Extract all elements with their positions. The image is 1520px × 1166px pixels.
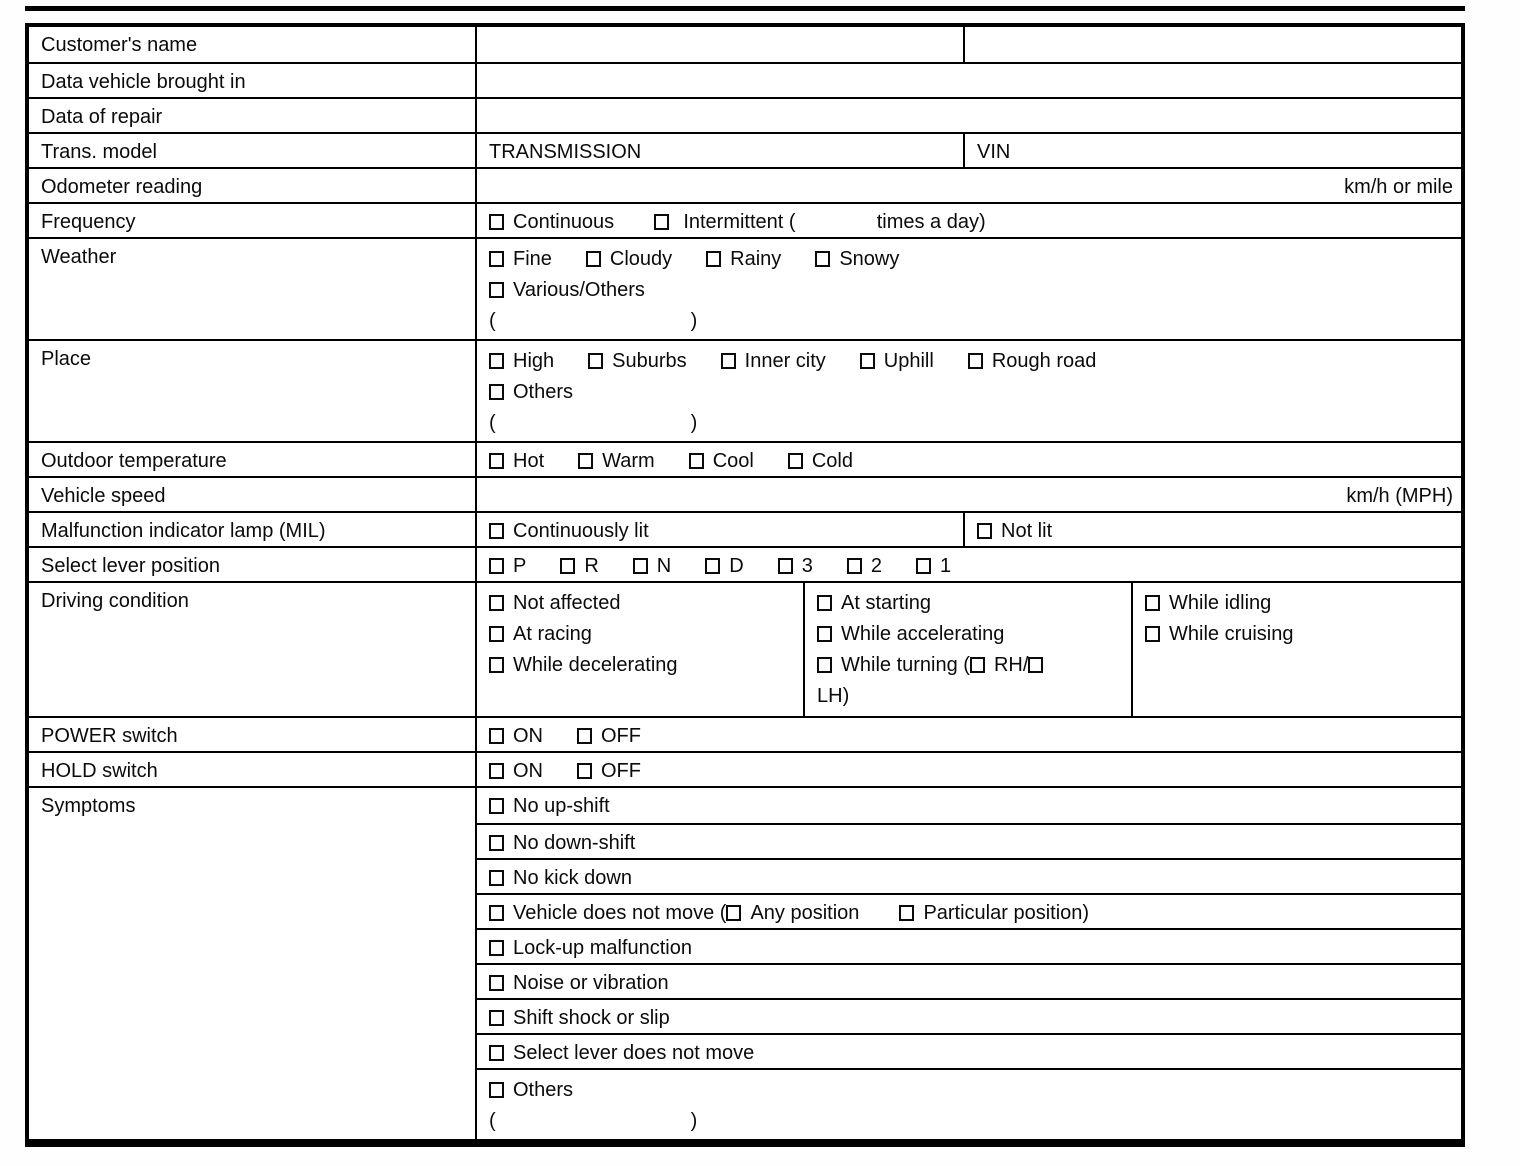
row-date-of-repair: Data of repair (29, 97, 1461, 132)
checkbox-option[interactable]: OFF (577, 725, 641, 747)
checkbox-icon[interactable] (489, 595, 504, 611)
customer-name-label: Customer's name (29, 27, 477, 62)
checkbox-label: Continuously lit (513, 520, 649, 542)
outdoor-temperature-options: HotWarmCoolCold (477, 443, 1461, 476)
checkbox-label: Various/Others (513, 279, 645, 301)
checkbox-option[interactable]: While cruising (1145, 619, 1453, 650)
checkbox-icon[interactable] (817, 657, 832, 673)
checkbox-icon[interactable] (654, 214, 669, 230)
checkbox-label: Continuous (513, 211, 614, 233)
checkbox-label: Cold (812, 450, 853, 472)
checkbox-icon[interactable] (726, 905, 741, 921)
symptom-vehicle-does-not-move: Vehicle does not move (Any positionParti… (477, 893, 1461, 928)
place-options-line1: HighSuburbsInner cityUphillRough road (489, 346, 1451, 377)
frequency-options: Continuous Intermittent ( times a day) (477, 204, 1461, 237)
page-top-rule (25, 6, 1465, 11)
hold-switch-options: ONOFF (477, 753, 1461, 786)
row-date-brought-in: Data vehicle brought in (29, 62, 1461, 97)
power-switch-label: POWER switch (29, 718, 477, 751)
driving-condition-col3: While idlingWhile cruising (1133, 583, 1461, 716)
row-trans-model: Trans. model TRANSMISSION VIN (29, 132, 1461, 167)
date-of-repair-field[interactable] (477, 99, 1461, 132)
checkbox-icon[interactable] (489, 835, 504, 851)
checkbox-icon[interactable] (847, 558, 862, 574)
checkbox-label: Rough road (992, 350, 1097, 372)
checkbox-label: Others (513, 381, 573, 403)
checkbox-label: At racing (513, 623, 592, 645)
checkbox-icon[interactable] (588, 353, 603, 369)
checkbox-label: Any position (750, 902, 859, 924)
driving-condition-col2: At startingWhile accelerating While turn… (805, 583, 1133, 716)
checkbox-icon[interactable] (1145, 595, 1160, 611)
symptom-others-option: Others (489, 1075, 1451, 1106)
checkbox-option[interactable]: Rough road (968, 350, 1097, 372)
row-customer-name: Customer's name (29, 27, 1461, 62)
checkbox-label: Warm (602, 450, 655, 472)
checkbox-option[interactable]: Noise or vibration (489, 972, 669, 994)
weather-options-line1: FineCloudyRainySnowy (489, 244, 1451, 275)
checkbox-icon[interactable] (815, 251, 830, 267)
checkbox-label: Others (513, 1079, 573, 1101)
checkbox-option[interactable]: Shift shock or slip (489, 1007, 670, 1029)
checkbox-option[interactable]: Fine (489, 248, 552, 270)
checkbox-option[interactable]: Select lever does not move (489, 1042, 754, 1064)
checkbox-icon[interactable] (489, 870, 504, 886)
checkbox-icon[interactable] (489, 453, 504, 469)
checkbox-option[interactable]: Not affected (489, 588, 795, 619)
checkbox-icon[interactable] (1028, 657, 1043, 673)
checkbox-label: Cool (713, 450, 754, 472)
weather-write-in[interactable]: () (489, 306, 1451, 337)
checkbox-icon[interactable] (489, 763, 504, 779)
paren-close: ) (691, 1110, 698, 1132)
checkbox-icon[interactable] (489, 626, 504, 642)
checkbox-option[interactable]: No kick down (489, 867, 632, 889)
frequency-label: Frequency (29, 204, 477, 237)
checkbox-icon[interactable] (489, 353, 504, 369)
checkbox-option[interactable]: N (633, 555, 671, 577)
row-symptoms: Symptoms No up-shift No down-shift No ki… (29, 786, 1461, 1139)
row-vehicle-speed: Vehicle speed km/h (MPH) (29, 476, 1461, 511)
checkbox-option-vehicle-does-not-move[interactable]: Vehicle does not move (Any positionParti… (489, 902, 1089, 924)
checkbox-label: Fine (513, 248, 552, 270)
checkbox-label: Inner city (745, 350, 826, 372)
checkbox-option[interactable]: Lock-up malfunction (489, 937, 692, 959)
checkbox-icon[interactable] (689, 453, 704, 469)
checkbox-icon[interactable] (977, 523, 992, 539)
checkbox-option[interactable]: No up-shift (489, 795, 610, 817)
checkbox-label: Rainy (730, 248, 781, 270)
row-driving-condition: Driving condition Not affectedAt racingW… (29, 581, 1461, 716)
row-weather: Weather FineCloudyRainySnowy Various/Oth… (29, 237, 1461, 339)
checkbox-label: Particular position) (923, 902, 1089, 924)
checkbox-icon[interactable] (489, 523, 504, 539)
checkbox-label: Noise or vibration (513, 972, 669, 994)
mil-not-lit: Not lit (965, 513, 1461, 546)
driving-condition-col1: Not affectedAt racingWhile decelerating (477, 583, 805, 716)
driving-condition-label: Driving condition (29, 583, 477, 716)
checkbox-label: Intermittent ( (683, 211, 795, 233)
checkbox-option-while-turning[interactable]: While turning (RH/ LH) (817, 650, 1123, 712)
checkbox-icon[interactable] (968, 353, 983, 369)
checkbox-option[interactable]: Not lit (977, 520, 1052, 542)
weather-label: Weather (29, 239, 477, 339)
checkbox-option[interactable]: While decelerating (489, 650, 795, 681)
checkbox-label: Cloudy (610, 248, 672, 270)
diagnostic-worksheet-table: Customer's name Data vehicle brought in … (25, 23, 1465, 1147)
checkbox-icon[interactable] (706, 251, 721, 267)
symptom-lever-does-not-move: Select lever does not move (477, 1033, 1461, 1068)
driving-condition-grid: Not affectedAt racingWhile decelerating … (477, 583, 1461, 716)
checkbox-icon[interactable] (860, 353, 875, 369)
hold-switch-label: HOLD switch (29, 753, 477, 786)
symptom-lockup-malfunction: Lock-up malfunction (477, 928, 1461, 963)
odometer-label: Odometer reading (29, 169, 477, 202)
weather-options-line2: Various/Others (489, 275, 1451, 306)
vehicle-speed-label: Vehicle speed (29, 478, 477, 511)
symptom-shift-shock-or-slip: Shift shock or slip (477, 998, 1461, 1033)
checkbox-option[interactable]: At racing (489, 619, 795, 650)
customer-name-field-right[interactable] (965, 27, 1461, 62)
select-lever-options: PRND321 (477, 548, 1461, 581)
checkbox-label: While accelerating (841, 623, 1004, 645)
checkbox-option[interactable]: 2 (847, 555, 882, 577)
select-lever-label: Select lever position (29, 548, 477, 581)
checkbox-icon[interactable] (916, 558, 931, 574)
paren-close: ) (691, 412, 698, 434)
checkbox-icon[interactable] (489, 975, 504, 991)
checkbox-option[interactable]: P (489, 555, 526, 577)
checkbox-label: Vehicle does not move ( (513, 902, 726, 924)
checkbox-icon[interactable] (577, 728, 592, 744)
checkbox-icon[interactable] (489, 657, 504, 673)
checkbox-icon[interactable] (578, 453, 593, 469)
checkbox-label: OFF (601, 760, 641, 782)
checkbox-option[interactable]: Inner city (721, 350, 826, 372)
checkbox-option[interactable]: Warm (578, 450, 655, 472)
checkbox-icon[interactable] (817, 595, 832, 611)
checkbox-icon[interactable] (721, 353, 736, 369)
checkbox-option[interactable]: No down-shift (489, 832, 635, 854)
symptom-others-write-in[interactable]: () (489, 1106, 1451, 1137)
checkbox-label: While turning ( (841, 654, 970, 676)
checkbox-label: At starting (841, 592, 931, 614)
checkbox-option[interactable]: Cold (788, 450, 853, 472)
vin-field[interactable]: VIN (965, 134, 1461, 167)
power-switch-options: ONOFF (477, 718, 1461, 751)
place-options-line2: Others (489, 377, 1451, 408)
checkbox-option[interactable]: At starting (817, 588, 1123, 619)
customer-name-field[interactable] (477, 27, 965, 62)
checkbox-label: Hot (513, 450, 544, 472)
checkbox-label: 1 (940, 555, 951, 577)
checkbox-label: Snowy (839, 248, 899, 270)
checkbox-icon[interactable] (489, 214, 504, 230)
place-options: HighSuburbsInner cityUphillRough road Ot… (477, 341, 1461, 441)
checkbox-label: Lock-up malfunction (513, 937, 692, 959)
checkbox-icon[interactable] (970, 657, 985, 673)
checkbox-label: High (513, 350, 554, 372)
checkbox-option[interactable]: ON (489, 725, 543, 747)
checkbox-option[interactable]: D (705, 555, 743, 577)
transmission-field[interactable]: TRANSMISSION (477, 134, 965, 167)
checkbox-option[interactable]: Suburbs (588, 350, 687, 372)
checkbox-option[interactable]: OFF (577, 760, 641, 782)
checkbox-label: ON (513, 760, 543, 782)
checkbox-icon[interactable] (489, 384, 504, 400)
symptom-others: Others () (477, 1068, 1461, 1139)
checkbox-icon[interactable] (489, 251, 504, 267)
checkbox-option[interactable]: Snowy (815, 248, 899, 270)
mil-label: Malfunction indicator lamp (MIL) (29, 513, 477, 546)
paren-open: ( (489, 1110, 496, 1132)
row-place: Place HighSuburbsInner cityUphillRough r… (29, 339, 1461, 441)
checkbox-icon[interactable] (560, 558, 575, 574)
row-hold-switch: HOLD switch ONOFF (29, 751, 1461, 786)
checkbox-option[interactable]: Others (489, 1079, 573, 1101)
odometer-unit: km/h or mile (477, 169, 1461, 202)
checkbox-option[interactable]: While accelerating (817, 619, 1123, 650)
checkbox-label: Select lever does not move (513, 1042, 754, 1064)
date-of-repair-label: Data of repair (29, 99, 477, 132)
checkbox-label: P (513, 555, 526, 577)
place-label: Place (29, 341, 477, 441)
row-select-lever: Select lever position PRND321 (29, 546, 1461, 581)
checkbox-option[interactable]: Continuously lit (489, 520, 649, 542)
checkbox-icon[interactable] (489, 905, 504, 921)
place-write-in[interactable]: () (489, 408, 1451, 439)
row-mil: Malfunction indicator lamp (MIL) Continu… (29, 511, 1461, 546)
outdoor-temperature-label: Outdoor temperature (29, 443, 477, 476)
checkbox-icon[interactable] (489, 1082, 504, 1098)
checkbox-label: Shift shock or slip (513, 1007, 670, 1029)
checkbox-icon[interactable] (489, 940, 504, 956)
checkbox-option[interactable]: ON (489, 760, 543, 782)
checkbox-icon[interactable] (1145, 626, 1160, 642)
checkbox-icon[interactable] (489, 728, 504, 744)
checkbox-icon[interactable] (899, 905, 914, 921)
checkbox-option[interactable]: 1 (916, 555, 951, 577)
checkbox-label-lh: LH) (817, 681, 1123, 712)
checkbox-label: 3 (802, 555, 813, 577)
row-odometer: Odometer reading km/h or mile (29, 167, 1461, 202)
checkbox-icon[interactable] (633, 558, 648, 574)
checkbox-icon[interactable] (489, 1010, 504, 1026)
row-power-switch: POWER switch ONOFF (29, 716, 1461, 751)
checkbox-label: While decelerating (513, 654, 678, 676)
checkbox-label: No up-shift (513, 795, 610, 817)
checkbox-label: Suburbs (612, 350, 687, 372)
checkbox-icon[interactable] (778, 558, 793, 574)
checkbox-label: No kick down (513, 867, 632, 889)
checkbox-option[interactable]: 3 (778, 555, 813, 577)
mil-continuously-lit: Continuously lit (477, 513, 965, 546)
weather-options: FineCloudyRainySnowy Various/Others () (477, 239, 1461, 339)
symptom-noise-or-vibration: Noise or vibration (477, 963, 1461, 998)
checkbox-option[interactable]: R (560, 555, 598, 577)
checkbox-option[interactable]: Others (489, 381, 573, 403)
symptoms-label: Symptoms (29, 788, 477, 1139)
symptom-no-upshift: No up-shift (477, 788, 1461, 823)
checkbox-icon[interactable] (705, 558, 720, 574)
trans-model-label: Trans. model (29, 134, 477, 167)
checkbox-label: No down-shift (513, 832, 635, 854)
paren-close: ) (691, 310, 698, 332)
symptom-no-kickdown: No kick down (477, 858, 1461, 893)
checkbox-label: ON (513, 725, 543, 747)
checkbox-option[interactable]: Various/Others (489, 279, 645, 301)
checkbox-icon[interactable] (586, 251, 601, 267)
checkbox-label: While cruising (1169, 623, 1293, 645)
checkbox-label: D (729, 555, 743, 577)
checkbox-icon[interactable] (489, 282, 504, 298)
checkbox-option[interactable]: Rainy (706, 248, 781, 270)
checkbox-label: RH/ (994, 654, 1028, 676)
checkbox-icon[interactable] (489, 798, 504, 814)
checkbox-label: times a day) (877, 211, 986, 233)
checkbox-icon[interactable] (788, 453, 803, 469)
checkbox-label: Uphill (884, 350, 934, 372)
checkbox-option[interactable]: Hot (489, 450, 544, 472)
checkbox-label: R (584, 555, 598, 577)
checkbox-option-intermittent[interactable]: Intermittent ( times a day) (654, 211, 986, 233)
checkbox-option[interactable]: Continuous (489, 211, 614, 233)
checkbox-label: OFF (601, 725, 641, 747)
checkbox-label: 2 (871, 555, 882, 577)
checkbox-label: While idling (1169, 592, 1271, 614)
checkbox-option[interactable]: Cloudy (586, 248, 672, 270)
row-outdoor-temperature: Outdoor temperature HotWarmCoolCold (29, 441, 1461, 476)
symptoms-list: No up-shift No down-shift No kick down V… (477, 788, 1461, 1139)
checkbox-label: Not affected (513, 592, 620, 614)
checkbox-option[interactable]: High (489, 350, 554, 372)
checkbox-icon[interactable] (577, 763, 592, 779)
checkbox-option[interactable]: Cool (689, 450, 754, 472)
row-frequency: Frequency Continuous Intermittent ( time… (29, 202, 1461, 237)
checkbox-icon[interactable] (489, 1045, 504, 1061)
checkbox-label: N (657, 555, 671, 577)
paren-open: ( (489, 310, 496, 332)
checkbox-icon[interactable] (489, 558, 504, 574)
date-brought-in-field[interactable] (477, 64, 1461, 97)
paren-open: ( (489, 412, 496, 434)
checkbox-option[interactable]: Uphill (860, 350, 934, 372)
checkbox-option[interactable]: While idling (1145, 588, 1453, 619)
symptom-no-downshift: No down-shift (477, 823, 1461, 858)
checkbox-label: Not lit (1001, 520, 1052, 542)
date-brought-in-label: Data vehicle brought in (29, 64, 477, 97)
vehicle-speed-unit: km/h (MPH) (477, 478, 1461, 511)
checkbox-icon[interactable] (817, 626, 832, 642)
